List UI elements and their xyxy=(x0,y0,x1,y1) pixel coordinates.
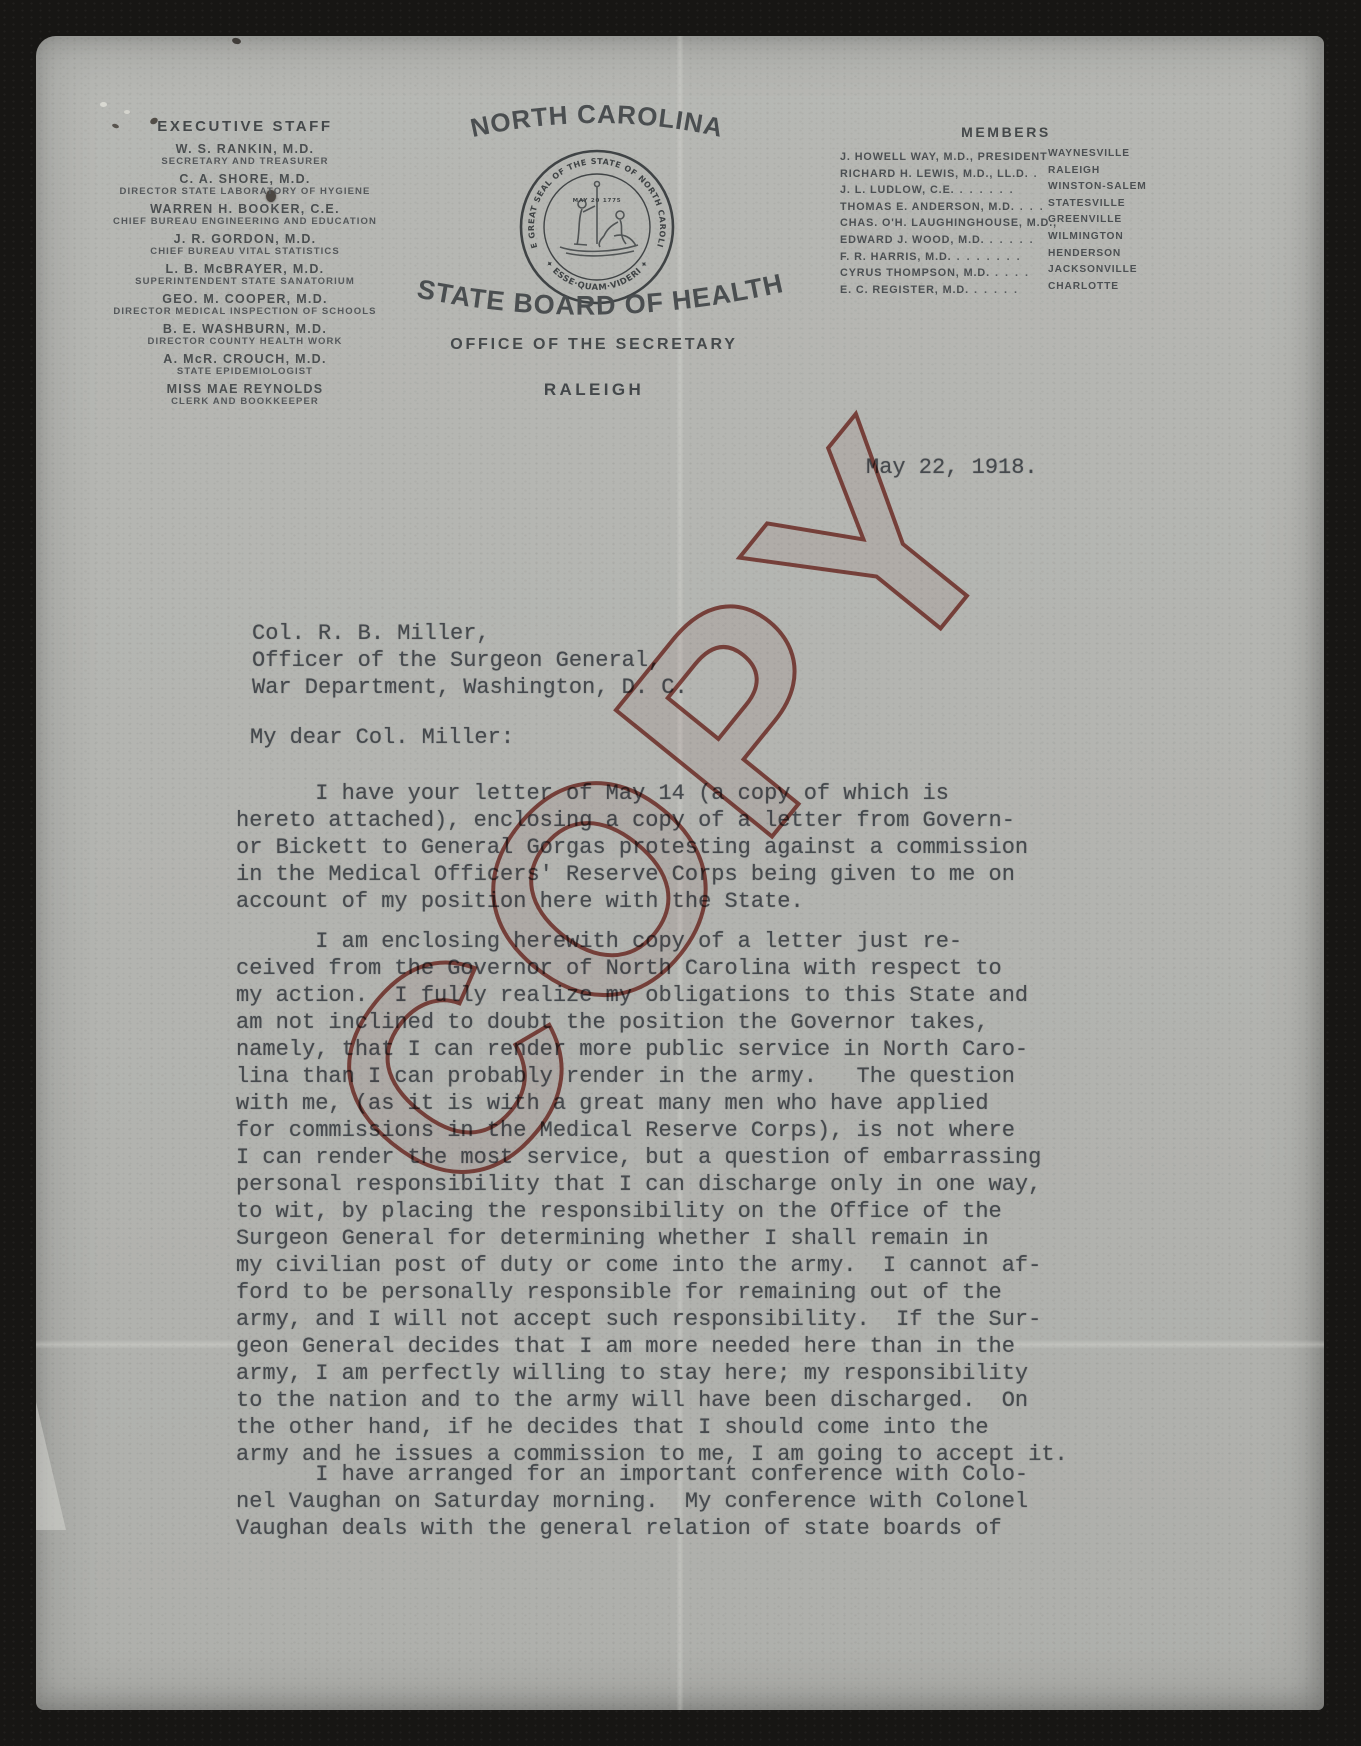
seal-figures xyxy=(560,182,638,256)
member-row: CYRUS THOMPSON, M.D.. . . . JACKSONVILLE xyxy=(840,263,1172,280)
member-name: CYRUS THOMPSON, M.D. xyxy=(840,267,990,279)
member-leader-dots: . . . . . . . xyxy=(957,251,1022,263)
staff-role: DIRECTOR MEDICAL INSPECTION OF SCHOOLS xyxy=(84,306,406,318)
member-leader-dots: . xyxy=(1034,168,1039,180)
paper-fold-mark xyxy=(36,1402,66,1530)
member-city: WAYNESVILLE xyxy=(1048,148,1130,159)
staff-name: GEO. M. COOPER, M.D. xyxy=(84,292,406,306)
arc-title-state-board: STATE BOARD OF HEALTH xyxy=(415,268,787,321)
members-list: MEMBERS J. HOWELL WAY, M.D., PRESIDENT W… xyxy=(840,124,1172,296)
letterhead-center: NORTH CAROLINA THE GREAT SEAL OF THE STA… xyxy=(408,84,793,334)
staff-role: CHIEF BUREAU VITAL STATISTICS xyxy=(84,246,406,258)
staff-role: SUPERINTENDENT STATE SANATORIUM xyxy=(84,276,406,288)
member-city: JACKSONVILLE xyxy=(1048,264,1137,275)
member-name: CHAS. O'H. LAUGHINGHOUSE, M.D., xyxy=(840,217,1057,229)
member-row: J. L. LUDLOW, C.E.. . . . . . WINSTON-SA… xyxy=(840,180,1172,197)
staff-role: CHIEF BUREAU ENGINEERING AND EDUCATION xyxy=(84,216,406,228)
member-city: GREENVILLE xyxy=(1048,214,1122,225)
staff-name: MISS MAE REYNOLDS xyxy=(84,382,406,396)
member-name: J. L. LUDLOW, C.E. xyxy=(840,184,955,196)
salutation: My dear Col. Miller: xyxy=(250,724,514,751)
staff-name: B. E. WASHBURN, M.D. xyxy=(84,322,406,336)
member-city: WINSTON-SALEM xyxy=(1048,181,1147,192)
recipient-address: Col. R. B. Miller, Officer of the Surgeo… xyxy=(252,620,688,701)
staff-role: CLERK AND BOOKKEEPER xyxy=(84,396,406,408)
member-row: J. HOWELL WAY, M.D., PRESIDENT WAYNESVIL… xyxy=(840,147,1172,164)
executive-staff-list: EXECUTIVE STAFF W. S. RANKIN, M.D. SECRE… xyxy=(84,118,406,412)
staff-entry: MISS MAE REYNOLDS CLERK AND BOOKKEEPER xyxy=(84,382,406,408)
member-name: F. R. HARRIS, M.D. xyxy=(840,251,952,263)
staff-entry: B. E. WASHBURN, M.D. DIRECTOR COUNTY HEA… xyxy=(84,322,406,348)
member-leader-dots: . . . . xyxy=(995,267,1030,279)
staff-entry: WARREN H. BOOKER, C.E. CHIEF BUREAU ENGI… xyxy=(84,202,406,228)
member-row: CHAS. O'H. LAUGHINGHOUSE, M.D., GREENVIL… xyxy=(840,213,1172,230)
member-name: E. C. REGISTER, M.D. xyxy=(840,284,969,296)
member-leader-dots: . . . . . xyxy=(990,234,1035,246)
member-row: EDWARD J. WOOD, M.D.. . . . . WILMINGTON xyxy=(840,230,1172,247)
paper-chip xyxy=(124,110,130,114)
arc-title-north-carolina-text: NORTH CAROLINA xyxy=(468,99,727,143)
staff-role: DIRECTOR STATE LABORATORY OF HYGIENE xyxy=(84,186,406,198)
member-city: HENDERSON xyxy=(1048,248,1121,259)
members-title: MEMBERS xyxy=(840,124,1172,140)
member-leader-dots: . . . . . . xyxy=(960,184,1015,196)
member-name: J. HOWELL WAY, M.D., PRESIDENT xyxy=(840,151,1048,163)
staff-name: C. A. SHORE, M.D. xyxy=(84,172,406,186)
date-line: May 22, 1918. xyxy=(866,454,1038,481)
staff-entry: A. McR. CROUCH, M.D. STATE EPIDEMIOLOGIS… xyxy=(84,352,406,378)
staff-entry: J. R. GORDON, M.D. CHIEF BUREAU VITAL ST… xyxy=(84,232,406,258)
member-name: RICHARD H. LEWIS, M.D., LL.D. xyxy=(840,168,1029,180)
member-name: EDWARD J. WOOD, M.D. xyxy=(840,234,985,246)
executive-staff-title: EXECUTIVE STAFF xyxy=(84,118,406,135)
member-leader-dots: . . . . . xyxy=(974,284,1019,296)
staff-entry: GEO. M. COOPER, M.D. DIRECTOR MEDICAL IN… xyxy=(84,292,406,318)
member-name: THOMAS E. ANDERSON, M.D. xyxy=(840,201,1015,213)
scanned-letter-page: { "colors": { "paper": "#b4b5b1", "typew… xyxy=(0,0,1361,1746)
staff-name: J. R. GORDON, M.D. xyxy=(84,232,406,246)
member-leader-dots: . . . xyxy=(1020,201,1045,213)
member-city: RALEIGH xyxy=(1048,165,1100,176)
paper-chip xyxy=(100,102,107,107)
member-city: CHARLOTTE xyxy=(1048,281,1119,292)
staff-name: WARREN H. BOOKER, C.E. xyxy=(84,202,406,216)
office-line: OFFICE OF THE SECRETARY xyxy=(394,336,794,354)
staff-name: A. McR. CROUCH, M.D. xyxy=(84,352,406,366)
staff-role: DIRECTOR COUNTY HEALTH WORK xyxy=(84,336,406,348)
member-row: RICHARD H. LEWIS, M.D., LL.D.. RALEIGH xyxy=(840,164,1172,181)
staff-entry: C. A. SHORE, M.D. DIRECTOR STATE LABORAT… xyxy=(84,172,406,198)
body-paragraph: I have arranged for an important confere… xyxy=(236,1461,1028,1542)
city-line: RALEIGH xyxy=(394,380,794,400)
staff-name: L. B. McBRAYER, M.D. xyxy=(84,262,406,276)
staff-name: W. S. RANKIN, M.D. xyxy=(84,142,406,156)
body-paragraph: I have your letter of May 14 (a copy of … xyxy=(236,780,1028,915)
staff-entry: L. B. McBRAYER, M.D. SUPERINTENDENT STAT… xyxy=(84,262,406,288)
staff-role: SECRETARY AND TREASURER xyxy=(84,156,406,168)
member-row: E. C. REGISTER, M.D.. . . . . CHARLOTTE xyxy=(840,280,1172,297)
staff-entry: W. S. RANKIN, M.D. SECRETARY AND TREASUR… xyxy=(84,142,406,168)
staff-role: STATE EPIDEMIOLOGIST xyxy=(84,366,406,378)
member-city: WILMINGTON xyxy=(1048,231,1124,242)
body-paragraph: I am enclosing herewith copy of a letter… xyxy=(236,928,1068,1468)
member-city: STATESVILLE xyxy=(1048,198,1125,209)
member-row: THOMAS E. ANDERSON, M.D.. . . STATESVILL… xyxy=(840,197,1172,214)
member-row: F. R. HARRIS, M.D.. . . . . . . HENDERSO… xyxy=(840,247,1172,264)
arc-title-north-carolina: NORTH CAROLINA xyxy=(468,99,727,143)
arc-title-state-board-text: STATE BOARD OF HEALTH xyxy=(415,268,787,321)
